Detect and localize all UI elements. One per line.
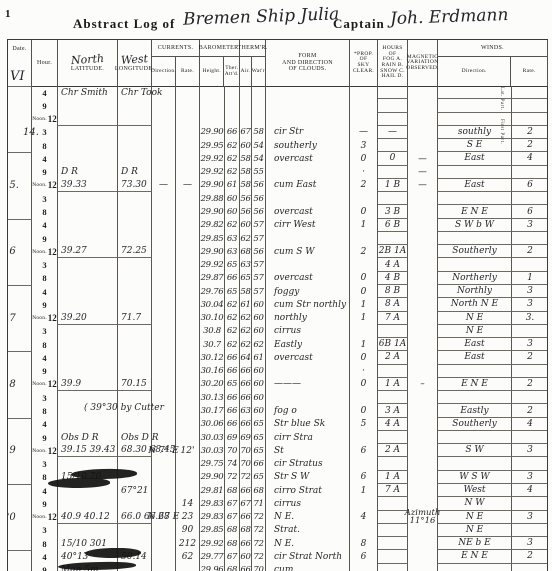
cell-current-rate <box>176 365 200 378</box>
cell-sky-clear: 1 <box>350 484 378 497</box>
cell-current-direction <box>152 457 176 470</box>
cell-current-direction <box>152 298 176 311</box>
cell-therm-air: 58 <box>240 179 252 192</box>
cell-hour: Noon.12 <box>32 511 58 524</box>
cell-wind-direction <box>438 258 512 271</box>
cell-hour: Noon.12 <box>32 444 58 457</box>
cell-fog-hours: 1 A <box>378 471 408 484</box>
cell-therm-water: 57 <box>252 258 266 271</box>
header-longitude: West LONGITUDE. <box>118 40 152 86</box>
cell-longitude <box>118 351 152 364</box>
cell-current-direction <box>152 431 176 444</box>
cell-longitude <box>118 258 152 271</box>
cell-barometer-height: 29.81 <box>200 484 225 497</box>
log-row: 429.92625854overcast00—East4 <box>8 152 547 165</box>
cell-magnetic-variation <box>408 298 438 311</box>
cell-current-rate <box>176 338 200 351</box>
cell-current-rate <box>176 192 200 205</box>
cell-fog-hours: 1 B <box>378 179 408 192</box>
cell-current-direction <box>152 99 176 112</box>
noon-label: Noon. <box>32 315 47 321</box>
log-page: 1 Abstract Log of Bremen Ship Julia Capt… <box>0 0 552 571</box>
cell-latitude <box>58 524 118 537</box>
cell-sky-clear: 0 <box>350 351 378 364</box>
cell-therm-air: 61 <box>240 298 252 311</box>
cell-magnetic-variation <box>408 471 438 484</box>
cell-barometer-height: 30.17 <box>200 404 225 417</box>
cell-therm-air: 66 <box>240 418 252 431</box>
cell-hour: Noon.12 <box>32 312 58 325</box>
cell-wind-direction: E N E <box>438 378 512 391</box>
log-row: 430.06666665Str blue Sk54 ASoutherly4 <box>8 418 547 431</box>
cell-latitude: 40.9 40.12 <box>58 511 118 524</box>
cell-wind-rate: 4 <box>512 418 547 431</box>
cell-wind-rate: 3 <box>512 219 547 232</box>
cell-hour: 9 <box>32 232 58 245</box>
winds-vertical-note-top: Lat. Part. <box>499 87 504 110</box>
cell-therm-air: 66 <box>240 378 252 391</box>
hour-value: 12 <box>48 180 57 190</box>
cell-magnetic-variation <box>408 126 438 139</box>
log-row: Noon.12 <box>8 113 547 126</box>
cell-clouds: cirrus <box>266 497 350 510</box>
cell-fog-hours <box>378 511 408 524</box>
cell-clouds: overcast <box>266 351 350 364</box>
log-row: 829.95626054southerly3S E2 <box>8 139 547 152</box>
cell-longitude: 71.7 <box>118 312 152 325</box>
cell-sky-clear: 0 <box>350 152 378 165</box>
cell-clouds <box>266 99 350 112</box>
cell-therm-air: 56 <box>240 192 252 205</box>
cell-therm-air: 58 <box>240 166 252 179</box>
cell-magnetic-variation: — <box>408 152 438 165</box>
cell-wind-direction: Southerly <box>438 245 512 258</box>
cell-therm-air: 65 <box>240 272 252 285</box>
log-row: 14.329.90666758cir Str——southly2 <box>8 126 547 139</box>
cell-sky-clear <box>350 99 378 112</box>
cell-longitude: 67°21 <box>118 484 152 497</box>
cell-date <box>8 152 32 165</box>
cell-longitude <box>118 113 152 126</box>
cell-clouds: cirro Strat <box>266 484 350 497</box>
cell-ther-attd: 61 <box>225 179 240 192</box>
cell-wind-rate: 3 <box>512 285 547 298</box>
cell-sky-clear: 0 <box>350 404 378 417</box>
cell-fog-hours: 1 A <box>378 378 408 391</box>
cell-hour: 4 <box>32 285 58 298</box>
cell-sky-clear: 0 <box>350 205 378 218</box>
cell-ther-attd: 72 <box>225 471 240 484</box>
log-row: 929.85636257 <box>8 232 547 245</box>
cell-barometer-height: 30.13 <box>200 391 225 404</box>
cell-hour: 8 <box>32 272 58 285</box>
log-row: 9D RD R29.92625855·— <box>8 166 547 179</box>
cell-current-direction <box>152 205 176 218</box>
cell-wind-direction <box>438 391 512 404</box>
cell-date: 16 <box>8 245 32 258</box>
cell-clouds: overcast <box>266 272 350 285</box>
cell-ther-attd: 66 <box>225 365 240 378</box>
cell-latitude <box>58 126 118 139</box>
cell-wind-direction <box>438 232 512 245</box>
cell-current-direction <box>152 152 176 165</box>
cell-wind-rate: 3 <box>512 338 547 351</box>
cell-ther-attd: 66 <box>225 126 240 139</box>
cell-sky-clear: 0 <box>350 378 378 391</box>
cell-fog-hours: 2 A <box>378 351 408 364</box>
header-fog-hours: HOURS OF FOG A. RAIN B. SNOW C. HAIL D. <box>378 40 408 86</box>
cell-current-direction <box>152 365 176 378</box>
cell-barometer-height: 29.90 <box>200 205 225 218</box>
cell-longitude <box>118 524 152 537</box>
cell-ther-attd: 68 <box>225 484 240 497</box>
cell-latitude <box>58 351 118 364</box>
cell-magnetic-variation <box>408 205 438 218</box>
cell-longitude <box>118 285 152 298</box>
cell-current-direction <box>152 285 176 298</box>
cell-therm-water: 60 <box>252 298 266 311</box>
cell-date <box>8 86 32 99</box>
cell-current-rate <box>176 232 200 245</box>
cell-date <box>8 524 32 537</box>
cell-clouds: northly <box>266 312 350 325</box>
cell-therm-water: 54 <box>252 152 266 165</box>
cell-longitude <box>118 418 152 431</box>
cell-clouds <box>266 258 350 271</box>
cell-latitude <box>58 219 118 232</box>
cell-magnetic-variation <box>408 99 438 112</box>
cell-current-direction: — <box>152 179 176 192</box>
cell-clouds: foggy <box>266 285 350 298</box>
cell-date <box>8 258 32 271</box>
cell-current-rate: 14 <box>176 497 200 510</box>
cell-therm-air: 63 <box>240 258 252 271</box>
cell-sky-clear: 6 <box>350 444 378 457</box>
cell-sky-clear: · <box>350 365 378 378</box>
cell-barometer-height: 29.96 <box>200 564 225 571</box>
cell-current-direction <box>152 537 176 550</box>
cell-therm-water: 72 <box>252 511 266 524</box>
cell-wind-rate: 2 <box>512 378 547 391</box>
cell-barometer-height: 29.83 <box>200 497 225 510</box>
header-latitude: North LATITUDE. <box>58 40 118 86</box>
cell-current-direction <box>152 232 176 245</box>
cell-sky-clear: 6 <box>350 471 378 484</box>
cell-hour: 9 <box>32 298 58 311</box>
cell-clouds: cum East <box>266 179 350 192</box>
cell-wind-rate: 6 <box>512 179 547 192</box>
cell-fog-hours: 7 A <box>378 312 408 325</box>
cell-latitude <box>58 99 118 112</box>
cell-therm-air: 66 <box>240 365 252 378</box>
cell-latitude <box>58 325 118 338</box>
cell-therm-water: 57 <box>252 272 266 285</box>
cell-current-rate <box>176 285 200 298</box>
cell-current-rate <box>176 272 200 285</box>
cell-therm-water: 66 <box>252 457 266 470</box>
cell-wind-rate <box>512 99 547 112</box>
cell-wind-rate <box>512 232 547 245</box>
cell-longitude: 70.15 <box>118 378 152 391</box>
cell-wind-direction <box>438 457 512 470</box>
log-row: 39029.85686872Strat.N E <box>8 524 547 537</box>
cell-date <box>8 325 32 338</box>
cell-barometer-height: 30.03 <box>200 431 225 444</box>
cell-longitude: Obs D R <box>118 431 152 444</box>
cell-current-direction <box>152 378 176 391</box>
cell-barometer-height: 29.92 <box>200 258 225 271</box>
log-row: 429.82626057cirr West16 BS W b W3 <box>8 219 547 232</box>
cell-therm-air <box>240 113 252 126</box>
cell-fog-hours <box>378 431 408 444</box>
cell-therm-water <box>252 86 266 99</box>
cell-current-rate <box>176 205 200 218</box>
cell-current-rate <box>176 312 200 325</box>
cell-therm-air: 58 <box>240 285 252 298</box>
cell-ther-attd <box>225 113 240 126</box>
cell-ther-attd <box>225 86 240 99</box>
cell-barometer-height: 29.95 <box>200 139 225 152</box>
log-row: 15.Noon.1239.3373.30——29.90615856cum Eas… <box>8 179 547 192</box>
cell-therm-air: 63 <box>240 404 252 417</box>
cell-fog-hours <box>378 166 408 179</box>
cell-wind-direction: N E <box>438 312 512 325</box>
cell-date <box>8 99 32 112</box>
cell-sky-clear: 8 <box>350 537 378 550</box>
cell-ther-attd: 65 <box>225 285 240 298</box>
cell-therm-water: 57 <box>252 285 266 298</box>
cell-sky-clear: 1 <box>350 338 378 351</box>
cell-longitude: 72.25 <box>118 245 152 258</box>
table-body: 4Chr SmithChr Took9Noon.1214.329.9066675… <box>8 86 547 571</box>
log-row: 830.7626262Eastly16B 1AEast3 <box>8 338 547 351</box>
cell-fog-hours: 0 <box>378 152 408 165</box>
cell-sky-clear: 5 <box>350 418 378 431</box>
cell-therm-water: 56 <box>252 245 266 258</box>
cell-current-rate <box>176 126 200 139</box>
cell-therm-air: 62 <box>240 312 252 325</box>
log-row: 4Chr SmithChr Took <box>8 86 547 99</box>
cell-ther-attd: 62 <box>225 139 240 152</box>
cell-sky-clear: 0 <box>350 285 378 298</box>
hour-value: 12 <box>48 446 57 456</box>
cell-current-direction <box>152 497 176 510</box>
cell-fog-hours <box>378 99 408 112</box>
cell-wind-direction: N E <box>438 511 512 524</box>
cell-hour: 3 <box>32 126 58 139</box>
cell-clouds <box>266 192 350 205</box>
cell-clouds: cirrus <box>266 325 350 338</box>
cell-sky-clear <box>350 232 378 245</box>
cell-wind-direction <box>438 192 512 205</box>
cell-sky-clear: 1 <box>350 298 378 311</box>
cell-wind-direction <box>438 166 512 179</box>
hour-value: 12 <box>48 379 57 389</box>
cell-clouds <box>266 113 350 126</box>
cell-ther-attd: 68 <box>225 537 240 550</box>
cell-clouds <box>266 86 350 99</box>
cell-clouds: Str S W <box>266 471 350 484</box>
cell-current-rate <box>176 86 200 99</box>
cell-therm-air: 60 <box>240 550 252 563</box>
cell-current-rate <box>176 166 200 179</box>
cell-therm-air <box>240 99 252 112</box>
cell-therm-air: 67 <box>240 497 252 510</box>
cell-therm-water: 70 <box>252 564 266 571</box>
cell-current-direction <box>152 312 176 325</box>
cell-wind-direction: Northerly <box>438 272 512 285</box>
cell-wind-rate <box>512 431 547 444</box>
cell-latitude <box>58 258 118 271</box>
cell-wind-rate: 3 <box>512 471 547 484</box>
cell-therm-water: 60 <box>252 378 266 391</box>
cell-current-rate: 90 <box>176 524 200 537</box>
cell-wind-rate: 2 <box>512 550 547 563</box>
cell-current-direction <box>152 86 176 99</box>
cell-current-direction <box>152 245 176 258</box>
cell-magnetic-variation <box>408 86 438 99</box>
cell-fog-hours: 3 B <box>378 205 408 218</box>
cell-current-rate <box>176 258 200 271</box>
ship-name-handwritten: Bremen Ship Julia <box>183 4 340 29</box>
cell-date <box>8 497 32 510</box>
cell-magnetic-variation <box>408 258 438 271</box>
header-winds: WINDS. Direction. Rate. <box>438 40 548 86</box>
cell-barometer-height: 29.92 <box>200 537 225 550</box>
cell-clouds: overcast <box>266 152 350 165</box>
cell-current-rate <box>176 418 200 431</box>
cell-hour: 9 <box>32 99 58 112</box>
cell-hour: 3 <box>32 391 58 404</box>
noon-label: Noon. <box>32 182 47 188</box>
cell-magnetic-variation: — <box>408 166 438 179</box>
cell-ther-attd: 65 <box>225 378 240 391</box>
cell-clouds: N E. <box>266 511 350 524</box>
cell-therm-water: 60 <box>252 365 266 378</box>
cell-clouds: cir Str <box>266 126 350 139</box>
cell-barometer-height: 29.90 <box>200 126 225 139</box>
cell-magnetic-variation <box>408 484 438 497</box>
cell-current-rate <box>176 391 200 404</box>
cell-date <box>8 232 32 245</box>
cell-fog-hours <box>378 139 408 152</box>
cell-current-direction: N 7° E <box>152 444 176 457</box>
cell-ther-attd: 66 <box>225 272 240 285</box>
cell-longitude <box>118 338 152 351</box>
noon-label: Noon. <box>32 381 47 387</box>
cell-current-direction <box>152 564 176 571</box>
cell-fog-hours <box>378 232 408 245</box>
cell-barometer-height: 30.8 <box>200 325 225 338</box>
cell-wind-direction: Eastly <box>438 404 512 417</box>
cell-hour: 4 <box>32 550 58 563</box>
cell-hour: 3 <box>32 192 58 205</box>
cell-wind-rate: 2 <box>512 351 547 364</box>
log-row: 18Noon.1239.970.1530.20656660———01 A–E N… <box>8 378 547 391</box>
cell-fog-hours: 8 A <box>378 298 408 311</box>
log-row: 17Noon.1239.2071.730.10626260northly17 A… <box>8 312 547 325</box>
cell-barometer-height: 30.03 <box>200 444 225 457</box>
cell-wind-rate: 2 <box>512 245 547 258</box>
cell-longitude <box>118 219 152 232</box>
cell-therm-air: 68 <box>240 524 252 537</box>
cell-sky-clear: · <box>350 166 378 179</box>
cell-latitude <box>58 139 118 152</box>
cell-wind-rate: 3 <box>512 444 547 457</box>
cell-wind-rate: 3 <box>512 511 547 524</box>
cell-sky-clear <box>350 258 378 271</box>
cell-clouds: cir Strat North <box>266 550 350 563</box>
cell-therm-air: 66 <box>240 484 252 497</box>
cell-magnetic-variation <box>408 431 438 444</box>
log-row: 430.12666461overcast02 AEast2 <box>8 351 547 364</box>
cell-barometer-height: 29.92 <box>200 166 225 179</box>
cell-therm-water: 72 <box>252 550 266 563</box>
cell-sky-clear: 4 <box>350 511 378 524</box>
log-row: 330.8626260cirrusN E <box>8 325 547 338</box>
cell-wind-rate <box>512 192 547 205</box>
north-handwritten: North <box>71 52 105 67</box>
cell-ther-attd <box>225 99 240 112</box>
cell-date <box>8 418 32 431</box>
cell-magnetic-variation <box>408 550 438 563</box>
cell-current-rate <box>176 152 200 165</box>
cell-wind-direction <box>438 431 512 444</box>
log-row: 930.16666660· <box>8 365 547 378</box>
cell-sky-clear <box>350 192 378 205</box>
cell-current-direction <box>152 139 176 152</box>
cell-fog-hours <box>378 497 408 510</box>
cell-hour: 9 <box>32 564 58 571</box>
cell-ther-attd: 67 <box>225 497 240 510</box>
cell-wind-direction: N W <box>438 497 512 510</box>
cell-fog-hours <box>378 192 408 205</box>
cell-ther-attd: 62 <box>225 219 240 232</box>
cell-current-direction <box>152 418 176 431</box>
cell-wind-rate: 2 <box>512 139 547 152</box>
header-currents: CURRENTS. Direction. Rate. <box>152 40 200 86</box>
cell-fog-hours <box>378 113 408 126</box>
cell-wind-direction: East <box>438 179 512 192</box>
cell-current-direction <box>152 126 176 139</box>
cell-clouds <box>266 365 350 378</box>
cell-current-direction <box>152 258 176 271</box>
cell-date: 18 <box>8 378 32 391</box>
cell-hour: 3 <box>32 524 58 537</box>
cell-sky-clear: 0 <box>350 272 378 285</box>
cell-date <box>8 205 32 218</box>
cell-sky-clear <box>350 391 378 404</box>
cell-wind-rate <box>512 497 547 510</box>
hour-value: 12 <box>48 512 57 522</box>
cell-clouds: Strat. <box>266 524 350 537</box>
cell-therm-water: 60 <box>252 325 266 338</box>
cell-fog-hours: 2B 1A <box>378 245 408 258</box>
cell-therm-air: 62 <box>240 338 252 351</box>
cell-fog-hours <box>378 457 408 470</box>
cell-ther-attd: 62 <box>225 166 240 179</box>
header-magnetic-variation: MAGNETIC VARIATION OBSERVED. <box>408 40 438 86</box>
cell-therm-water: 57 <box>252 232 266 245</box>
cell-ther-attd: 68 <box>225 564 240 571</box>
cell-wind-direction: Northly <box>438 285 512 298</box>
cell-date <box>8 219 32 232</box>
cell-therm-air: 68 <box>240 245 252 258</box>
cell-fog-hours <box>378 325 408 338</box>
cell-latitude <box>58 113 118 126</box>
cell-wind-direction: North N E <box>438 298 512 311</box>
cell-fog-hours: 4 B <box>378 272 408 285</box>
